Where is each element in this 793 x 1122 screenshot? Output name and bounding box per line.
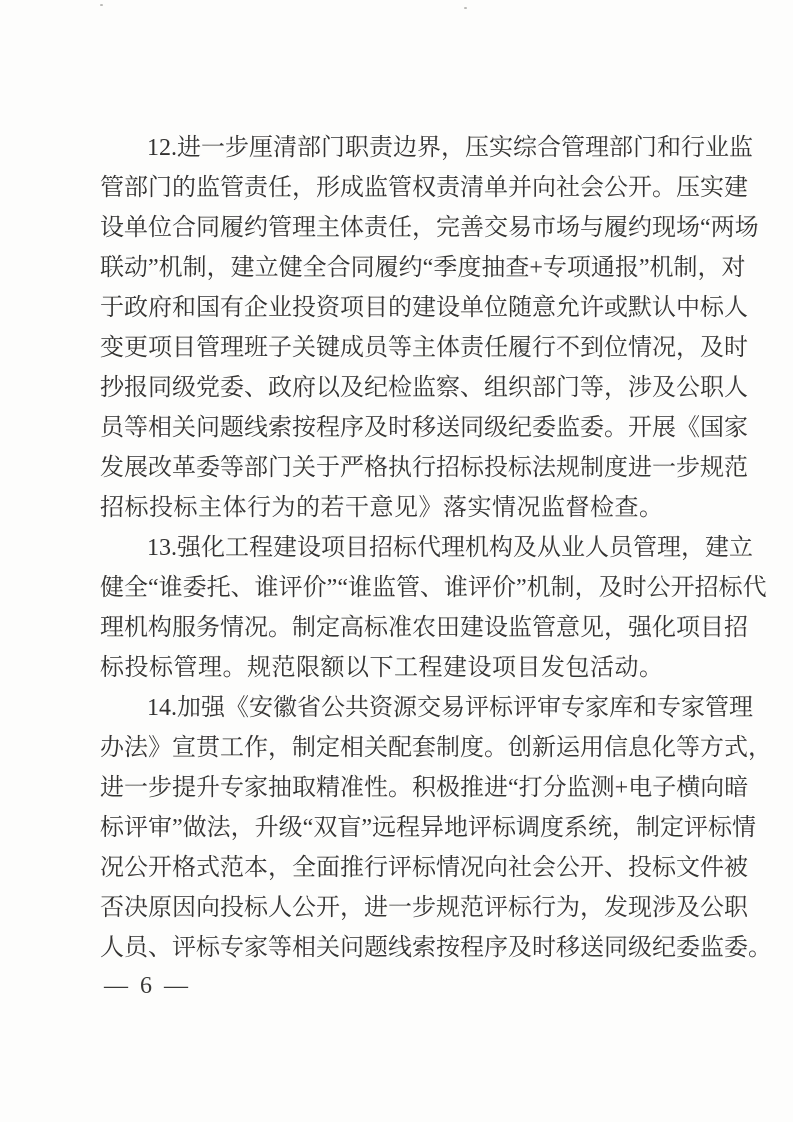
document-page: 12.进一步厘清部门职责边界，压实综合管理部门和行业监管部门的监管责任，形成监管… <box>0 0 793 1122</box>
text-line: 13.强化工程建设项目招标代理机构及从业人员管理，建立 <box>100 528 708 568</box>
text-line: 联动”机制，建立健全合同履约“季度抽查+专项通报”机制，对 <box>100 248 708 288</box>
text-line: 办法》宣贯工作，制定相关配套制度。创新运用信息化等方式， <box>100 728 708 768</box>
paragraph: 14.加强《安徽省公共资源交易评标评审专家库和专家管理办法》宣贯工作，制定相关配… <box>100 688 708 968</box>
text-line: 14.加强《安徽省公共资源交易评标评审专家库和专家管理 <box>100 688 708 728</box>
text-line: 况公开格式范本，全面推行评标情况向社会公开、投标文件被 <box>100 848 708 888</box>
text-line: 管部门的监管责任，形成监管权责清单并向社会公开。压实建 <box>100 168 708 208</box>
paragraph: 12.进一步厘清部门职责边界，压实综合管理部门和行业监管部门的监管责任，形成监管… <box>100 128 708 528</box>
text-line: 抄报同级党委、政府以及纪检监察、组织部门等，涉及公职人 <box>100 368 708 408</box>
text-line: 发展改革委等部门关于严格执行招标投标法规制度进一步规范 <box>100 448 708 488</box>
text-line: 进一步提升专家抽取精准性。积极推进“打分监测+电子横向暗 <box>100 768 708 808</box>
page-number: — 6 — <box>104 972 191 1000</box>
text-line: 否决原因向投标人公开，进一步规范评标行为，发现涉及公职 <box>100 888 708 928</box>
document-body: 12.进一步厘清部门职责边界，压实综合管理部门和行业监管部门的监管责任，形成监管… <box>100 128 708 968</box>
text-line: 健全“谁委托、谁评价”“谁监管、谁评价”机制，及时公开招标代 <box>100 568 708 608</box>
text-line: 人员、评标专家等相关问题线索按程序及时移送同级纪委监委。 <box>100 928 708 968</box>
text-line: 12.进一步厘清部门职责边界，压实综合管理部门和行业监 <box>100 128 708 168</box>
paragraph: 13.强化工程建设项目招标代理机构及从业人员管理，建立健全“谁委托、谁评价”“谁… <box>100 528 708 688</box>
text-line: 变更项目管理班子关键成员等主体责任履行不到位情况，及时 <box>100 328 708 368</box>
text-line: 设单位合同履约管理主体责任，完善交易市场与履约现场“两场 <box>100 208 708 248</box>
text-line: 招标投标主体行为的若干意见》落实情况监督检查。 <box>100 488 708 528</box>
text-line: 员等相关问题线索按程序及时移送同级纪委监委。开展《国家 <box>100 408 708 448</box>
text-line: 标评审”做法，升级“双盲”远程异地评标调度系统，制定评标情 <box>100 808 708 848</box>
text-line: 标投标管理。规范限额以下工程建设项目发包活动。 <box>100 648 708 688</box>
text-line: 理机构服务情况。制定高标准农田建设监管意见，强化项目招 <box>100 608 708 648</box>
text-line: 于政府和国有企业投资项目的建设单位随意允许或默认中标人 <box>100 288 708 328</box>
